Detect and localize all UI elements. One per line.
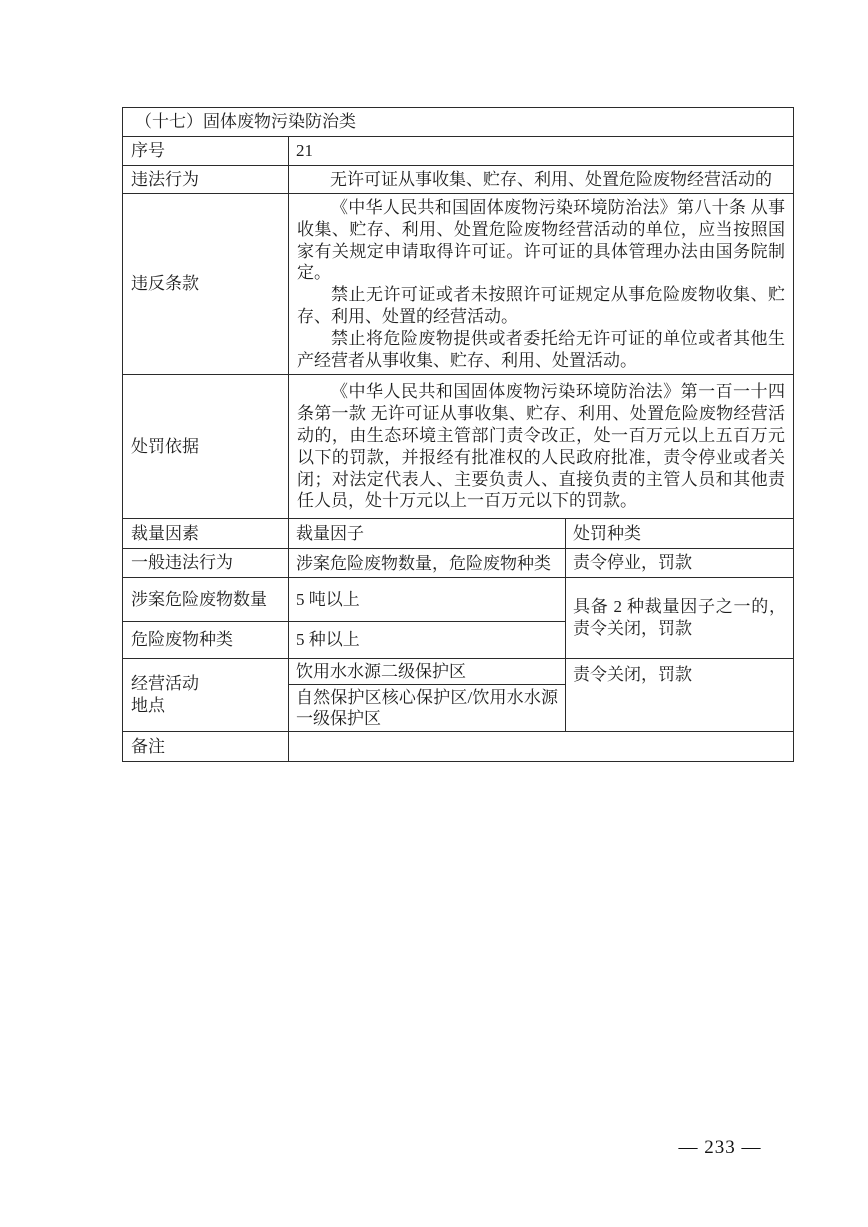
illegal-act-value: 无许可证从事收集、贮存、利用、处置危险废物经营活动的 [289, 166, 794, 194]
remark-value [289, 732, 794, 762]
table-row: 序号 21 [123, 137, 794, 166]
table-row: （十七）固体废物污染防治类 [123, 108, 794, 137]
table-row: 违法行为 无许可证从事收集、贮存、利用、处置危险废物经营活动的 [123, 166, 794, 194]
table-row: 裁量因素 裁量因子 处罚种类 [123, 519, 794, 549]
table-row: 涉案危险废物数量 5 吨以上 具备 2 种裁量因子之一的，责令关闭，罚款 [123, 578, 794, 622]
violated-clause-text: 《中华人民共和国固体废物污染环境防治法》第八十条 从事收集、贮存、利用、处置危险… [289, 194, 794, 375]
penalty-type-header: 处罚种类 [566, 519, 794, 549]
violated-clause-paragraph: 《中华人民共和国固体废物污染环境防治法》第八十条 从事收集、贮存、利用、处置危险… [297, 197, 785, 284]
operation-location-value-1: 饮用水水源二级保护区 [289, 659, 566, 685]
table-row: 经营活动 地点 饮用水水源二级保护区 责令关闭，罚款 [123, 659, 794, 685]
page-number: — 233 — [640, 1137, 800, 1159]
general-violation-penalty: 责令停业，罚款 [566, 549, 794, 578]
violated-clause-label: 违反条款 [123, 194, 289, 375]
violated-clause-paragraph: 禁止将危险废物提供或者委托给无许可证的单位或者其他生产经营者从事收集、贮存、利用… [297, 328, 785, 372]
operation-location-label: 经营活动 地点 [123, 659, 289, 732]
penalty-basis-text: 《中华人民共和国固体废物污染环境防治法》第一百一十四条第一款 无许可证从事收集、… [289, 375, 794, 519]
illegal-act-label: 违法行为 [123, 166, 289, 194]
waste-quantity-label: 涉案危险废物数量 [123, 578, 289, 622]
penalty-basis-paragraph: 《中华人民共和国固体废物污染环境防治法》第一百一十四条第一款 无许可证从事收集、… [297, 381, 785, 512]
waste-types-value: 5 种以上 [289, 622, 566, 659]
table-row: 处罚依据 《中华人民共和国固体废物污染环境防治法》第一百一十四条第一款 无许可证… [123, 375, 794, 519]
table-row: 违反条款 《中华人民共和国固体废物污染环境防治法》第八十条 从事收集、贮存、利用… [123, 194, 794, 375]
two-factor-penalty: 具备 2 种裁量因子之一的，责令关闭，罚款 [566, 578, 794, 659]
serial-value: 21 [289, 137, 794, 166]
general-violation-factors: 涉案危险废物数量，危险废物种类 [289, 549, 566, 578]
waste-quantity-value: 5 吨以上 [289, 578, 566, 622]
operation-location-penalty: 责令关闭，罚款 [566, 659, 794, 732]
serial-label: 序号 [123, 137, 289, 166]
violated-clause-paragraph: 禁止无许可证或者未按照许可证规定从事危险废物收集、贮存、利用、处置的经营活动。 [297, 284, 785, 328]
document-page: （十七）固体废物污染防治类 序号 21 违法行为 无许可证从事收集、贮存、利用、… [0, 0, 868, 1227]
table-row: 一般违法行为 涉案危险废物数量，危险废物种类 责令停业，罚款 [123, 549, 794, 578]
discretion-subfactor-header: 裁量因子 [289, 519, 566, 549]
table-row: 备注 [123, 732, 794, 762]
penalty-rule-table: （十七）固体废物污染防治类 序号 21 违法行为 无许可证从事收集、贮存、利用、… [122, 107, 794, 762]
waste-types-label: 危险废物种类 [123, 622, 289, 659]
remark-label: 备注 [123, 732, 289, 762]
section-title: （十七）固体废物污染防治类 [123, 108, 794, 137]
penalty-basis-label: 处罚依据 [123, 375, 289, 519]
operation-location-value-2: 自然保护区核心保护区/饮用水水源一级保护区 [289, 685, 566, 732]
general-violation-label: 一般违法行为 [123, 549, 289, 578]
discretion-factor-header: 裁量因素 [123, 519, 289, 549]
